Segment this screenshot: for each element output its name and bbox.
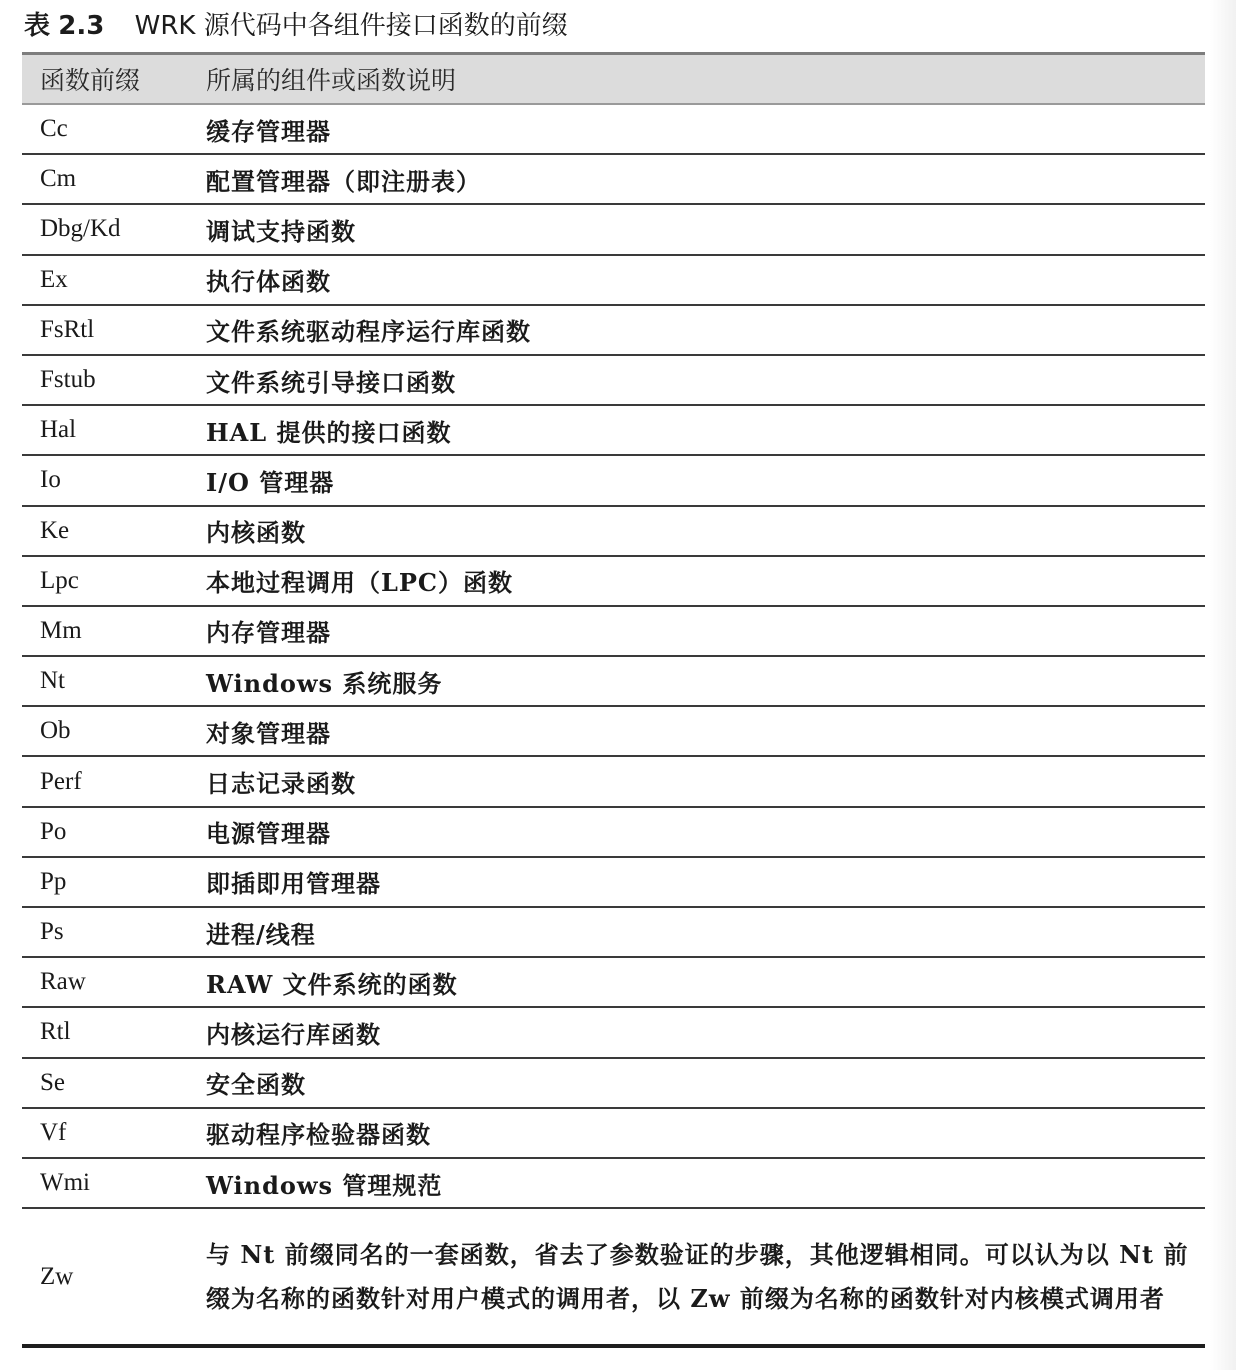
description-cell: 本地过程调用（LPC）函数 bbox=[206, 563, 1205, 598]
table-row: Cc 缓存管理器 bbox=[22, 105, 1205, 155]
description-cell: I/O 管理器 bbox=[206, 463, 1205, 498]
table-row: Nt Windows 系统服务 bbox=[22, 657, 1205, 707]
description-cell: RAW 文件系统的函数 bbox=[206, 965, 1205, 1000]
table-header: 函数前缀 所属的组件或函数说明 bbox=[22, 52, 1205, 105]
prefix-cell: Lpc bbox=[22, 567, 206, 595]
table-row: Pp 即插即用管理器 bbox=[22, 858, 1205, 908]
description-cell: 缓存管理器 bbox=[206, 112, 1205, 147]
description-cell: 即插即用管理器 bbox=[206, 864, 1205, 899]
prefix-cell: Ex bbox=[22, 266, 206, 294]
table-row: Ps 进程/线程 bbox=[22, 908, 1205, 958]
description-cell: HAL 提供的接口函数 bbox=[206, 413, 1205, 448]
prefix-cell: Rtl bbox=[22, 1018, 206, 1046]
page-edge-shadow bbox=[1210, 0, 1236, 1370]
table-row: Hal HAL 提供的接口函数 bbox=[22, 406, 1205, 456]
caption-number: 2.3 bbox=[58, 11, 104, 41]
table-row: Io I/O 管理器 bbox=[22, 456, 1205, 506]
table-caption: 表 2.3 WRK 源代码中各组件接口函数的前缀 bbox=[24, 6, 568, 46]
prefix-cell: Ps bbox=[22, 918, 206, 946]
description-cell: 内核运行库函数 bbox=[206, 1015, 1205, 1050]
table-row: Dbg/Kd 调试支持函数 bbox=[22, 205, 1205, 255]
description-cell: 日志记录函数 bbox=[206, 764, 1205, 799]
prefix-cell: Vf bbox=[22, 1119, 206, 1147]
prefix-cell: Mm bbox=[22, 617, 206, 645]
prefix-cell: Zw bbox=[22, 1263, 206, 1291]
prefix-cell: Io bbox=[22, 466, 206, 494]
caption-label: 表 bbox=[24, 11, 50, 41]
prefix-table: 函数前缀 所属的组件或函数说明 Cc 缓存管理器 Cm 配置管理器（即注册表） … bbox=[22, 52, 1205, 1348]
description-cell: 调试支持函数 bbox=[206, 212, 1205, 247]
prefix-cell: Raw bbox=[22, 968, 206, 996]
prefix-cell: Nt bbox=[22, 667, 206, 695]
description-cell: 与 Nt 前缀同名的一套函数，省去了参数验证的步骤，其他逻辑相同。可以认为以 N… bbox=[206, 1233, 1205, 1321]
table-row: Vf 驱动程序检验器函数 bbox=[22, 1109, 1205, 1159]
prefix-cell: Cm bbox=[22, 165, 206, 193]
prefix-cell: Ke bbox=[22, 517, 206, 545]
prefix-cell: Pp bbox=[22, 868, 206, 896]
prefix-cell: Po bbox=[22, 818, 206, 846]
description-cell: 对象管理器 bbox=[206, 714, 1205, 749]
description-cell: 配置管理器（即注册表） bbox=[206, 162, 1205, 197]
description-cell: Windows 系统服务 bbox=[206, 664, 1205, 699]
description-cell: 内核函数 bbox=[206, 513, 1205, 548]
header-prefix: 函数前缀 bbox=[22, 61, 206, 97]
description-cell: 进程/线程 bbox=[206, 915, 1205, 950]
prefix-cell: Cc bbox=[22, 115, 206, 143]
table-row: Cm 配置管理器（即注册表） bbox=[22, 155, 1205, 205]
table-row: Wmi Windows 管理规范 bbox=[22, 1159, 1205, 1209]
prefix-cell: Dbg/Kd bbox=[22, 215, 206, 243]
table-row: Raw RAW 文件系统的函数 bbox=[22, 958, 1205, 1008]
table-row: FsRtl 文件系统驱动程序运行库函数 bbox=[22, 306, 1205, 356]
header-description: 所属的组件或函数说明 bbox=[206, 61, 1205, 97]
description-cell: 执行体函数 bbox=[206, 262, 1205, 297]
table-row: Se 安全函数 bbox=[22, 1059, 1205, 1109]
prefix-cell: Perf bbox=[22, 768, 206, 796]
table-row: Zw 与 Nt 前缀同名的一套函数，省去了参数验证的步骤，其他逻辑相同。可以认为… bbox=[22, 1209, 1205, 1348]
prefix-cell: Fstub bbox=[22, 366, 206, 394]
table-row: Perf 日志记录函数 bbox=[22, 757, 1205, 807]
table-row: Ke 内核函数 bbox=[22, 507, 1205, 557]
prefix-cell: Se bbox=[22, 1069, 206, 1097]
table-row: Lpc 本地过程调用（LPC）函数 bbox=[22, 557, 1205, 607]
table-row: Ex 执行体函数 bbox=[22, 256, 1205, 306]
description-cell: 文件系统引导接口函数 bbox=[206, 363, 1205, 398]
table-row: Po 电源管理器 bbox=[22, 808, 1205, 858]
description-cell: 安全函数 bbox=[206, 1065, 1205, 1100]
prefix-cell: Hal bbox=[22, 416, 206, 444]
caption-title: WRK 源代码中各组件接口函数的前缀 bbox=[135, 11, 568, 41]
table-row: Mm 内存管理器 bbox=[22, 607, 1205, 657]
description-cell: 电源管理器 bbox=[206, 814, 1205, 849]
prefix-cell: FsRtl bbox=[22, 316, 206, 344]
table-row: Fstub 文件系统引导接口函数 bbox=[22, 356, 1205, 406]
table-row: Ob 对象管理器 bbox=[22, 707, 1205, 757]
table-row: Rtl 内核运行库函数 bbox=[22, 1008, 1205, 1058]
description-cell: 文件系统驱动程序运行库函数 bbox=[206, 312, 1205, 347]
prefix-cell: Wmi bbox=[22, 1169, 206, 1197]
description-cell: Windows 管理规范 bbox=[206, 1166, 1205, 1201]
prefix-cell: Ob bbox=[22, 717, 206, 745]
description-cell: 驱动程序检验器函数 bbox=[206, 1115, 1205, 1150]
description-cell: 内存管理器 bbox=[206, 613, 1205, 648]
